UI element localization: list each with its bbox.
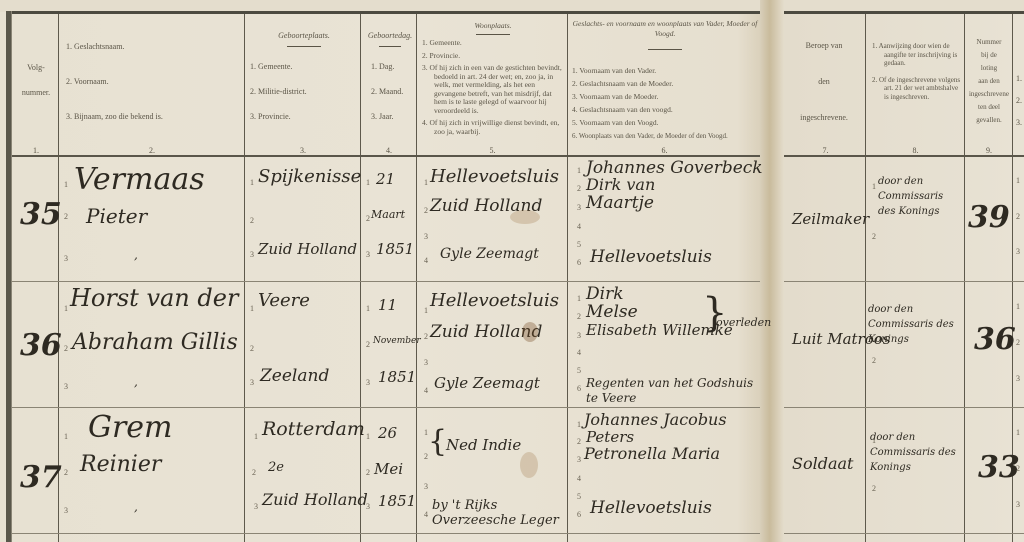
residence-service: Gyle Zeemagt [434, 374, 540, 392]
header-line: 3. Voornaam van de Moeder. [572, 92, 758, 102]
lot-number: 39 [968, 200, 1010, 235]
header-line: ingeschrevene [966, 88, 1012, 101]
row-divider-3-right [784, 533, 1024, 534]
header-title: Geboortedag. [368, 31, 412, 40]
header-bottom-rule-right [784, 155, 1024, 157]
birth-day: 11 [378, 296, 397, 314]
row-divider-3 [12, 533, 760, 534]
header-line: 2. Maand. [364, 86, 416, 97]
occupation: Soldaat [792, 454, 853, 473]
father-first-name: Dirk [586, 284, 624, 304]
entry-number: 35 [20, 197, 62, 232]
first-name: Reinier [80, 452, 161, 477]
birth-municipality: Spijkenisse [258, 166, 361, 187]
column-number: 7. [786, 146, 865, 155]
birth-year: 1851 [378, 492, 416, 510]
col-divider-5 [567, 14, 568, 542]
col7-header: Beroep van den ingeschrevene. [786, 40, 862, 123]
ambtshalve-marker: 2 [872, 484, 876, 493]
header-line: 2. Geslachtsnaam van de Moeder. [572, 79, 758, 89]
col6-header: Geslachts- en voornaam en woonplaats van… [572, 19, 758, 141]
binding-gutter [760, 0, 784, 542]
ink-stain [510, 210, 540, 224]
entry-number: 36 [20, 328, 62, 363]
col3-header: Geboorteplaats. 1. Gemeente. 2. Militie-… [250, 30, 358, 122]
frame-top-left [6, 11, 760, 14]
header-line: 1. Gemeente. [250, 61, 358, 72]
nickname: , [134, 500, 138, 514]
surname: Vermaas [74, 162, 205, 197]
header-line: Beroep van [786, 40, 862, 51]
birth-year: 1851 [378, 368, 416, 386]
header-line: nummer. [14, 87, 58, 98]
header-line: 3. Bijnaam, zoo die bekend is. [66, 111, 241, 122]
lot-number: 36 [974, 322, 1016, 357]
header-line: 2. Provincie. [422, 51, 564, 61]
birth-month: November [373, 336, 413, 346]
header-line: 1. [1016, 68, 1024, 90]
birth-province: Zeeland [260, 366, 329, 386]
surname: Horst van der [70, 284, 238, 312]
mother-surname: Dirk van [586, 175, 655, 194]
column-number: 2. [60, 146, 244, 155]
residence-service: by 't Rijks Overzeesche Leger [432, 498, 566, 528]
parents-note: overleden [716, 316, 771, 329]
col-divider-8 [964, 14, 965, 542]
header-line: 2. Voornaam. [66, 76, 241, 87]
nickname: , [134, 375, 138, 389]
header-line: 3. Jaar. [364, 111, 416, 122]
entry-number: 37 [20, 460, 62, 495]
column-number: 5. [418, 146, 567, 155]
column-number: 4. [362, 146, 416, 155]
first-name: Abraham Gillis [72, 330, 238, 355]
residence-municipality: Hellevoetsluis [430, 166, 559, 187]
header-line: ten deel [966, 101, 1012, 114]
column-number: 8. [867, 146, 964, 155]
mother-surname: Melse [586, 302, 638, 322]
col8-header: 1. Aanwijzing door wien de aangifte ter … [872, 42, 962, 101]
mother-first-name: Petronella Maria [584, 444, 720, 463]
header-line: 3. Provincie. [250, 111, 358, 122]
birth-municipality: Veere [258, 290, 310, 311]
nickname: , [134, 248, 138, 262]
header-line: 2. [1016, 90, 1024, 112]
header-line: den [786, 76, 862, 87]
register-page: Volg- nummer. 1. Geslachtsnaam. 2. Voorn… [0, 0, 1024, 542]
column-number: 3. [246, 146, 360, 155]
header-line: Volg- [14, 62, 58, 73]
col-divider-2 [244, 14, 245, 542]
header-line: bij de [966, 49, 1012, 62]
header-line: 6. Woonplaats van den Vader, de Moeder o… [572, 131, 758, 141]
residence-municipality: Ned Indie [446, 436, 521, 454]
header-line: ingeschrevene. [786, 112, 862, 123]
birth-province: Zuid Holland [258, 240, 357, 258]
header-line: 2. Of de ingeschrevene volgens art. 21 d… [872, 76, 962, 102]
residence-service: Gyle Zeemagt [440, 246, 539, 262]
ink-stain [522, 322, 538, 342]
birth-municipality: Rotterdam [262, 418, 365, 440]
parents-residence: Hellevoetsluis [590, 247, 712, 267]
birth-month: Maart [371, 208, 405, 221]
frame-top-right [784, 11, 1024, 14]
col5-header: Woonplaats. 1. Gemeente. 2. Provincie. 3… [422, 21, 564, 136]
header-bottom-rule [12, 155, 760, 157]
first-name: Pieter [86, 204, 147, 228]
header-line: 1. Gemeente. [422, 38, 564, 48]
birth-day: 21 [376, 170, 395, 188]
col2-header: 1. Geslachtsnaam. 2. Voornaam. 3. Bijnaa… [66, 41, 241, 122]
header-line: loting [966, 62, 1012, 75]
mother-first-name: Maartje [586, 193, 654, 213]
row-divider-1-right [784, 281, 1024, 282]
header-line: 5. Voornaam van den Voogd. [572, 118, 758, 128]
row-divider-2-right [784, 407, 1024, 408]
row-divider-1 [12, 281, 760, 282]
surname: Grem [88, 410, 173, 445]
header-line: 4. Of hij zich in vrijwillige dienst bev… [422, 119, 564, 136]
brace-icon: } [702, 290, 727, 336]
ambtshalve-marker: 2 [872, 232, 876, 241]
ink-stain [520, 452, 538, 478]
column-number: 9. [966, 146, 1012, 155]
residence-municipality: Hellevoetsluis [430, 290, 559, 311]
ambtshalve-marker: 2 [872, 356, 876, 365]
header-line: 2. Militie-district. [250, 86, 358, 97]
col-divider-3 [360, 14, 361, 542]
declared-by: door den Commissaris des Konings [870, 430, 964, 475]
frame-left-inner [11, 11, 12, 542]
header-line: 3. Of hij zich in een van de gestichten … [422, 64, 564, 115]
header-line: 3. [1016, 112, 1024, 134]
birth-province: Zuid Holland [262, 490, 368, 509]
header-line: gevallen. [966, 114, 1012, 127]
declared-by: door den Commissaris des Konings [868, 302, 962, 347]
birth-month: Mei [374, 460, 403, 478]
header-line: 4. Geslachtsnaam van den voogd. [572, 105, 758, 115]
header-line: 1. Geslachtsnaam. [66, 41, 241, 52]
column-number: 6. [569, 146, 760, 155]
header-title: Geboorteplaats. [278, 31, 330, 40]
header-line: aan den [966, 75, 1012, 88]
col-divider-7 [865, 14, 866, 542]
edge-column-header: 1. 2. 3. [1016, 68, 1024, 134]
father-first-name: Johannes Jacobus [584, 410, 727, 429]
col1-header: Volg- nummer. [14, 62, 58, 98]
birth-district: 2e [268, 460, 284, 475]
header-title: Woonplaats. [474, 21, 511, 30]
brace-icon: { [428, 424, 447, 459]
header-line: 1. Dag. [364, 61, 416, 72]
header-title: Geslachts- en voornaam en woonplaats van… [573, 19, 758, 38]
col-divider-4 [416, 14, 417, 542]
lot-number: 33 [978, 450, 1020, 485]
header-line: 1. Voornaam van den Vader. [572, 66, 758, 76]
birth-year: 1851 [376, 240, 414, 258]
col9-header: Nummer bij de loting aan den ingeschreve… [966, 36, 1012, 127]
col4-header: Geboortedag. 1. Dag. 2. Maand. 3. Jaar. [364, 30, 416, 122]
header-line: 1. Aanwijzing door wien de aangifte ter … [872, 42, 962, 68]
parents-residence: Regenten van het Godshuis te Veere [586, 376, 756, 406]
declared-by: door den Commissaris des Konings [878, 174, 962, 219]
header-line: Nummer [966, 36, 1012, 49]
occupation: Zeilmaker [792, 210, 869, 228]
birth-day: 26 [378, 424, 397, 442]
column-number: 1. [14, 146, 58, 155]
parents-residence: Hellevoetsluis [590, 498, 712, 518]
row-divider-2 [12, 407, 760, 408]
